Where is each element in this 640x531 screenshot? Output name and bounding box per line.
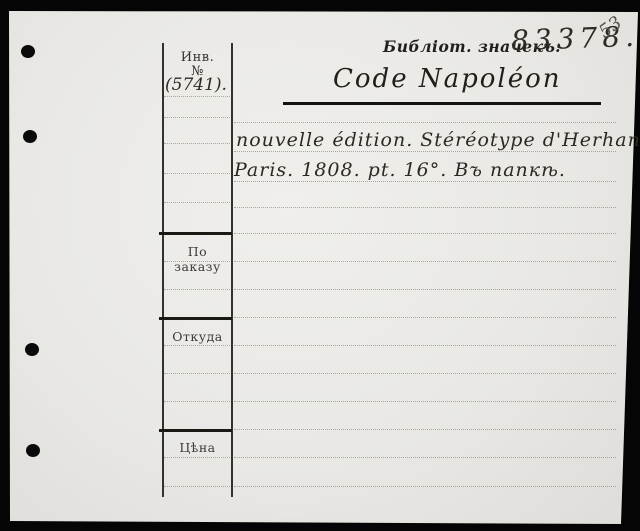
ruled-line <box>164 345 230 346</box>
ruled-line <box>234 345 616 346</box>
section-divider <box>159 429 232 432</box>
inventory-number-handwritten: (5741). <box>160 75 232 95</box>
section-label-tsena: Цѣна <box>163 440 232 455</box>
punch-hole <box>23 130 37 143</box>
ruled-line <box>234 233 616 234</box>
ruled-line <box>164 457 230 458</box>
description-line2-handwritten: Paris. 1808. pt. 16°. Въ папкѣ. <box>234 159 566 181</box>
punch-hole <box>26 444 40 457</box>
ruled-line <box>164 96 230 97</box>
ruled-line <box>164 143 230 144</box>
section-divider <box>159 232 232 235</box>
punch-hole <box>21 45 35 58</box>
ruled-line <box>234 181 616 182</box>
inventory-label-line1: Инв. <box>163 50 232 65</box>
scanned-catalog-card: Инв. № (5741). По заказу Откуда Цѣна Биб… <box>0 0 640 531</box>
ruled-line <box>234 457 616 458</box>
ruled-line <box>234 261 616 262</box>
section-label-po-zakazu: По заказу <box>163 244 232 274</box>
ruled-line <box>234 373 616 374</box>
section-divider <box>159 317 232 320</box>
ruled-line <box>234 486 616 487</box>
ruled-line <box>234 289 616 290</box>
ruled-line <box>164 117 230 118</box>
ruled-line <box>234 317 616 318</box>
description-line1-handwritten: nouvelle édition. Stéréotype d'Herhan. <box>236 129 640 151</box>
ruled-line <box>164 486 230 487</box>
ruled-line <box>234 429 616 430</box>
section-label-otkuda: Откуда <box>163 329 232 344</box>
ruled-line <box>164 289 230 290</box>
ruled-line <box>234 122 616 123</box>
ruled-line <box>164 173 230 174</box>
ruled-line <box>234 401 616 402</box>
ruled-line <box>164 401 230 402</box>
card-title-handwritten: Code Napoléon <box>333 64 562 94</box>
ruled-line <box>164 373 230 374</box>
ruled-line <box>164 202 230 203</box>
ruled-line <box>234 151 616 152</box>
ruled-line <box>234 207 616 208</box>
title-underline <box>283 102 601 105</box>
punch-hole <box>25 343 39 356</box>
